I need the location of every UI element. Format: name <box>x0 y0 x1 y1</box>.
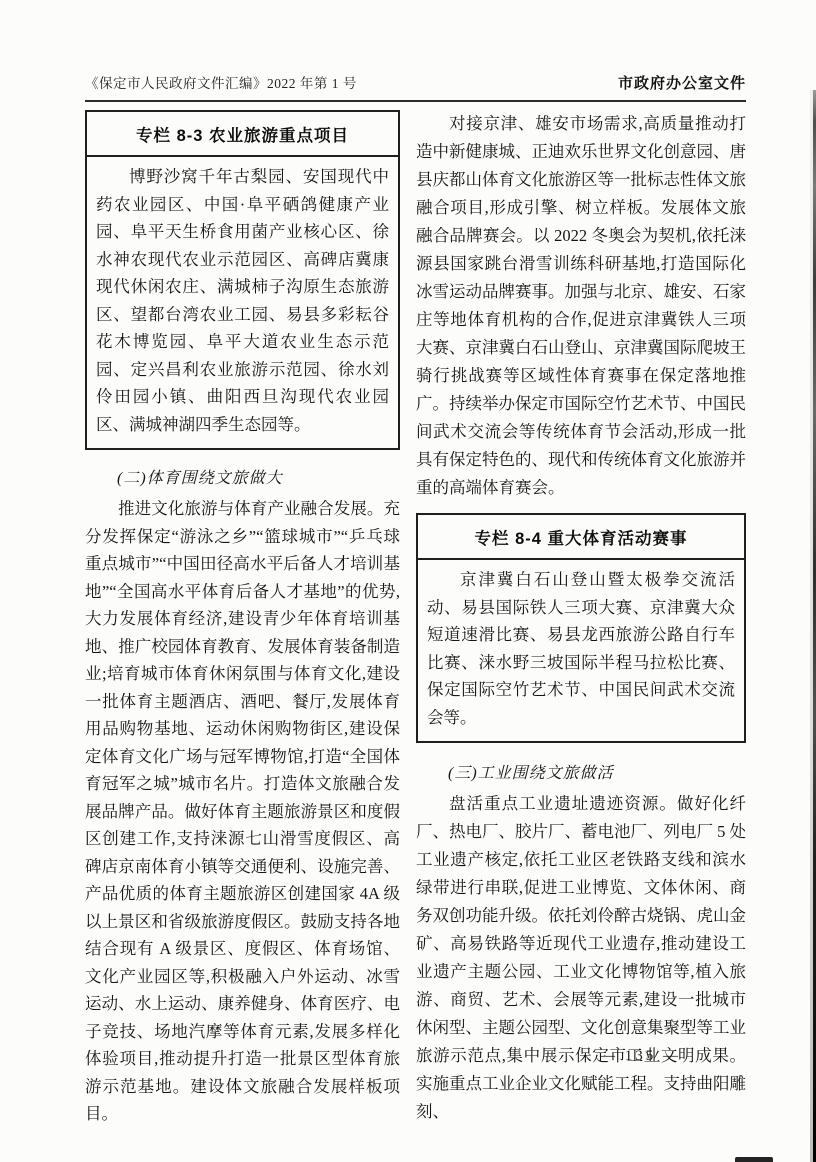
left-column: 专栏 8-3 农业旅游重点项目 博野沙窝千年古梨园、安国现代中药农业园区、中国·… <box>85 110 400 1128</box>
page-header: 《保定市人民政府文件汇编》2022 年第 1 号 市政府办公室文件 <box>85 72 746 93</box>
left-paragraph: 推进文化旅游与体育产业融合发展。充分发挥保定“游泳之乡”“篮球城市”“乒乓球重点… <box>85 495 400 1128</box>
header-rule <box>85 100 746 102</box>
text-columns: 专栏 8-3 农业旅游重点项目 博野沙窝千年古梨园、安国现代中药农业园区、中国·… <box>85 110 746 1128</box>
section-heading-3: (三)工业围绕文旅做活 <box>416 760 746 787</box>
panel-8-3-body: 博野沙窝千年古梨园、安国现代中药农业园区、中国·阜平硒鸽健康产业园、阜平天生桥食… <box>87 157 398 448</box>
right-paragraph-top: 对接京津、雄安市场需求,高质量推动打造中新健康城、正迪欢乐世界文化创意园、唐县庆… <box>416 110 746 502</box>
panel-8-4: 专栏 8-4 重大体育活动赛事 京津冀白石山登山暨太极拳交流活动、易县国际铁人三… <box>416 513 746 743</box>
right-column: 对接京津、雄安市场需求,高质量推动打造中新健康城、正迪欢乐世界文化创意园、唐县庆… <box>416 110 746 1128</box>
page-number: — 135 — <box>600 1048 681 1065</box>
scan-smudge <box>735 1157 773 1162</box>
panel-8-3-title: 专栏 8-3 农业旅游重点项目 <box>87 112 398 157</box>
header-right-text: 市政府办公室文件 <box>618 72 746 93</box>
header-left-text: 《保定市人民政府文件汇编》2022 年第 1 号 <box>85 72 357 92</box>
document-page: 《保定市人民政府文件汇编》2022 年第 1 号 市政府办公室文件 专栏 8-3… <box>0 0 816 1162</box>
panel-8-4-title: 专栏 8-4 重大体育活动赛事 <box>418 515 744 560</box>
right-paragraph-bottom: 盘活重点工业遗址遗迹资源。做好化纤厂、热电厂、胶片厂、蓄电池厂、列电厂 5 处工… <box>416 790 746 1126</box>
panel-8-3: 专栏 8-3 农业旅游重点项目 博野沙窝千年古梨园、安国现代中药农业园区、中国·… <box>85 110 400 450</box>
panel-8-4-body: 京津冀白石山登山暨太极拳交流活动、易县国际铁人三项大赛、京津冀大众短道速滑比赛、… <box>418 560 744 741</box>
section-heading-2: (二)体育围绕文旅做大 <box>85 465 400 492</box>
